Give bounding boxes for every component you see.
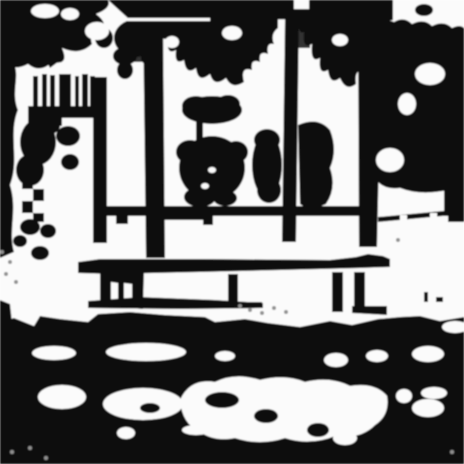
- speckle: [238, 304, 242, 308]
- checkerboard-cell: [22, 201, 33, 213]
- speckle: [284, 310, 288, 314]
- fence-slat: [90, 76, 95, 107]
- speckle: [272, 306, 276, 310]
- topiary-lower-lobe: [184, 187, 216, 207]
- topiary-lower-lobe: [224, 141, 248, 163]
- photo-frame: Thresholded black-and-white photograph o…: [0, 0, 464, 464]
- foliage-blob-left-5: [61, 154, 79, 170]
- foliage-hole-center-2: [165, 36, 179, 48]
- light-patch-right-1: [396, 389, 412, 403]
- canopy-blob-3: [141, 50, 161, 66]
- bush-right-lobe: [257, 177, 281, 203]
- light-patch-left-1: [38, 385, 86, 409]
- topiary-trunk: [196, 116, 203, 140]
- hedge-hole-3: [376, 148, 404, 172]
- canopy-blob-5: [117, 61, 133, 79]
- speckle: [248, 308, 252, 312]
- speckle: [396, 238, 400, 242]
- foliage-hole-right-1: [332, 34, 348, 46]
- wall-line-gap-1: [400, 215, 407, 223]
- garden-wall-post: [444, 186, 449, 216]
- light-patch-row1-6: [412, 346, 444, 362]
- fence-slat: [75, 76, 79, 107]
- fence-slat: [42, 74, 47, 107]
- ground-island-1: [205, 392, 239, 408]
- canopy-hole-2: [61, 8, 79, 20]
- bench-leg-right-rear: [354, 272, 365, 308]
- fence-rail: [28, 106, 97, 118]
- pergola-rail: [105, 206, 361, 216]
- light-patch-right-3: [421, 387, 447, 399]
- fence-slat: [33, 76, 38, 107]
- fence-slat-wide: [59, 74, 71, 107]
- ground-mark-right-1: [424, 292, 428, 302]
- light-patch-row1-5: [366, 350, 388, 362]
- hedge-hole-2: [398, 93, 416, 115]
- photo-canvas: Thresholded black-and-white photograph o…: [0, 0, 464, 464]
- pergola-post-left: [93, 77, 107, 243]
- foliage-blob-left-3: [40, 118, 60, 134]
- topiary-hole-2: [201, 183, 209, 189]
- light-patch-bottom-4: [333, 431, 357, 445]
- light-patch-bottom-2: [233, 426, 255, 438]
- foliage-blob-left-8: [31, 246, 49, 260]
- wall-line-gap-2: [430, 213, 437, 221]
- hedge-band-right-of-post: [298, 121, 334, 208]
- hedge-hole-1: [415, 63, 445, 85]
- light-patch-row1-1: [32, 346, 76, 360]
- foliage-blob-left-4: [56, 126, 80, 146]
- fence-slat: [50, 75, 55, 107]
- bench-leg-right-front: [332, 272, 343, 312]
- leaf-cluster-sky-right: [415, 4, 433, 16]
- speckle: [260, 311, 264, 315]
- topiary-hole-1: [208, 167, 216, 173]
- light-patch-row1-4: [324, 353, 348, 367]
- canopy-hole-3: [85, 22, 109, 40]
- ground-island-4: [140, 403, 160, 413]
- rail-bracket-right: [203, 215, 213, 225]
- topiary-upper-lobe: [182, 96, 210, 116]
- speckle: [0, 250, 4, 254]
- foliage-blob-left-7: [40, 224, 56, 238]
- foliage-blob-left-9: [13, 235, 27, 247]
- bush-right-lobe: [254, 129, 280, 151]
- light-patch-right-2: [412, 399, 444, 417]
- ground-mark-right-2: [436, 297, 443, 302]
- light-patch-row1-2: [106, 343, 186, 361]
- speckle: [28, 446, 32, 450]
- ground-island-2: [254, 409, 278, 423]
- checkerboard-cell: [22, 177, 33, 189]
- ground-island-3: [307, 423, 329, 437]
- foliage-hole-center-1: [222, 26, 242, 40]
- checkerboard-cell: [33, 189, 44, 201]
- light-patch-bottom-1: [182, 425, 210, 435]
- speckle: [450, 450, 454, 454]
- beam-notch: [294, 0, 309, 9]
- light-patch-row1-3: [215, 351, 235, 361]
- topiary-lower-lobe: [213, 190, 237, 206]
- foliage-blob-left-6: [20, 219, 40, 235]
- underbeam-light-sliver: [120, 18, 210, 21]
- scene: [0, 0, 464, 464]
- canopy-hole-1: [31, 4, 59, 18]
- speckle: [10, 450, 14, 454]
- fence-slat: [82, 74, 88, 107]
- light-patch-left-2: [103, 388, 183, 420]
- speckle: [44, 456, 48, 460]
- speckle: [4, 272, 8, 276]
- speckle: [14, 280, 18, 284]
- light-patch-left-3: [117, 427, 135, 439]
- topiary-upper-lobe: [216, 95, 240, 113]
- topiary-lower-lobe: [176, 140, 204, 164]
- speckle: [8, 260, 12, 264]
- rail-bracket-left: [116, 216, 128, 224]
